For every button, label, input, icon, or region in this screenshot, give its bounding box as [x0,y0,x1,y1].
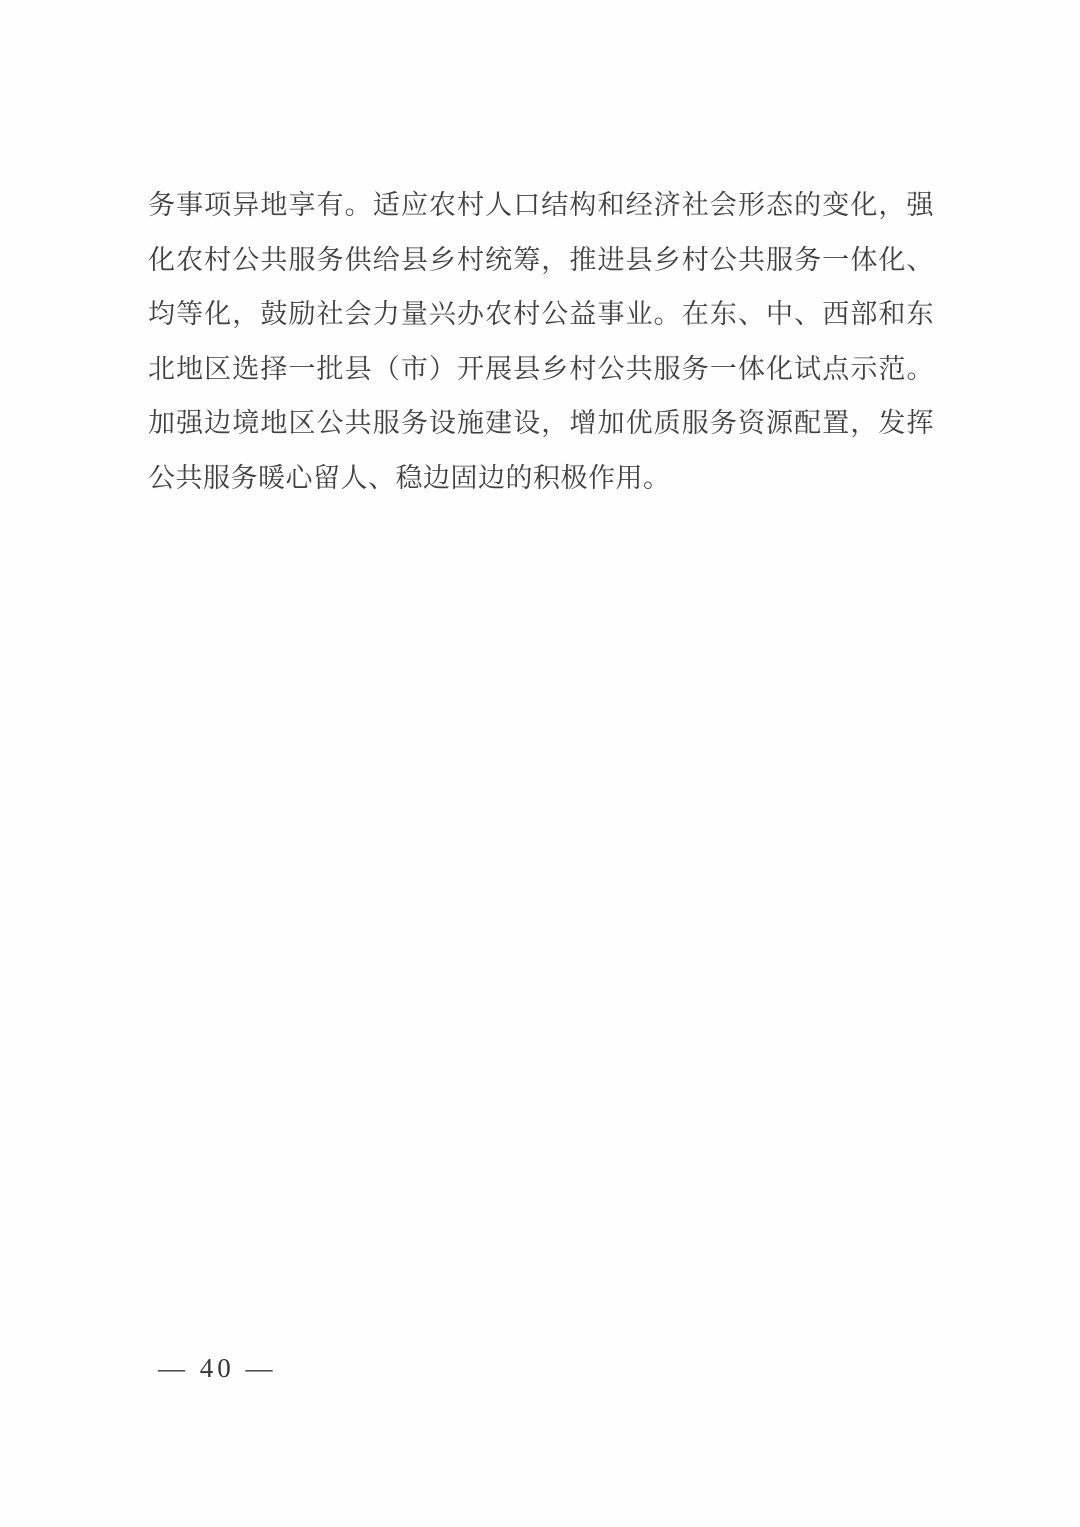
text-line: 化农村公共服务供给县乡村统筹，推进县乡村公共服务一体化、 [148,233,934,288]
body-paragraph: 务事项异地享有。适应农村人口结构和经济社会形态的变化，强 化农村公共服务供给县乡… [148,178,934,505]
page-number: — 40 — [158,1352,277,1384]
text-line: 公共服务暖心留人、稳边固边的积极作用。 [148,451,934,506]
text-line: 务事项异地享有。适应农村人口结构和经济社会形态的变化，强 [148,178,934,233]
text-line: 均等化，鼓励社会力量兴办农村公益事业。在东、中、西部和东 [148,287,934,342]
text-line: 北地区选择一批县（市）开展县乡村公共服务一体化试点示范。 [148,342,934,397]
text-line: 加强边境地区公共服务设施建设，增加优质服务资源配置，发挥 [148,396,934,451]
document-page: 务事项异地享有。适应农村人口结构和经济社会形态的变化，强 化农村公共服务供给县乡… [0,0,1080,1527]
